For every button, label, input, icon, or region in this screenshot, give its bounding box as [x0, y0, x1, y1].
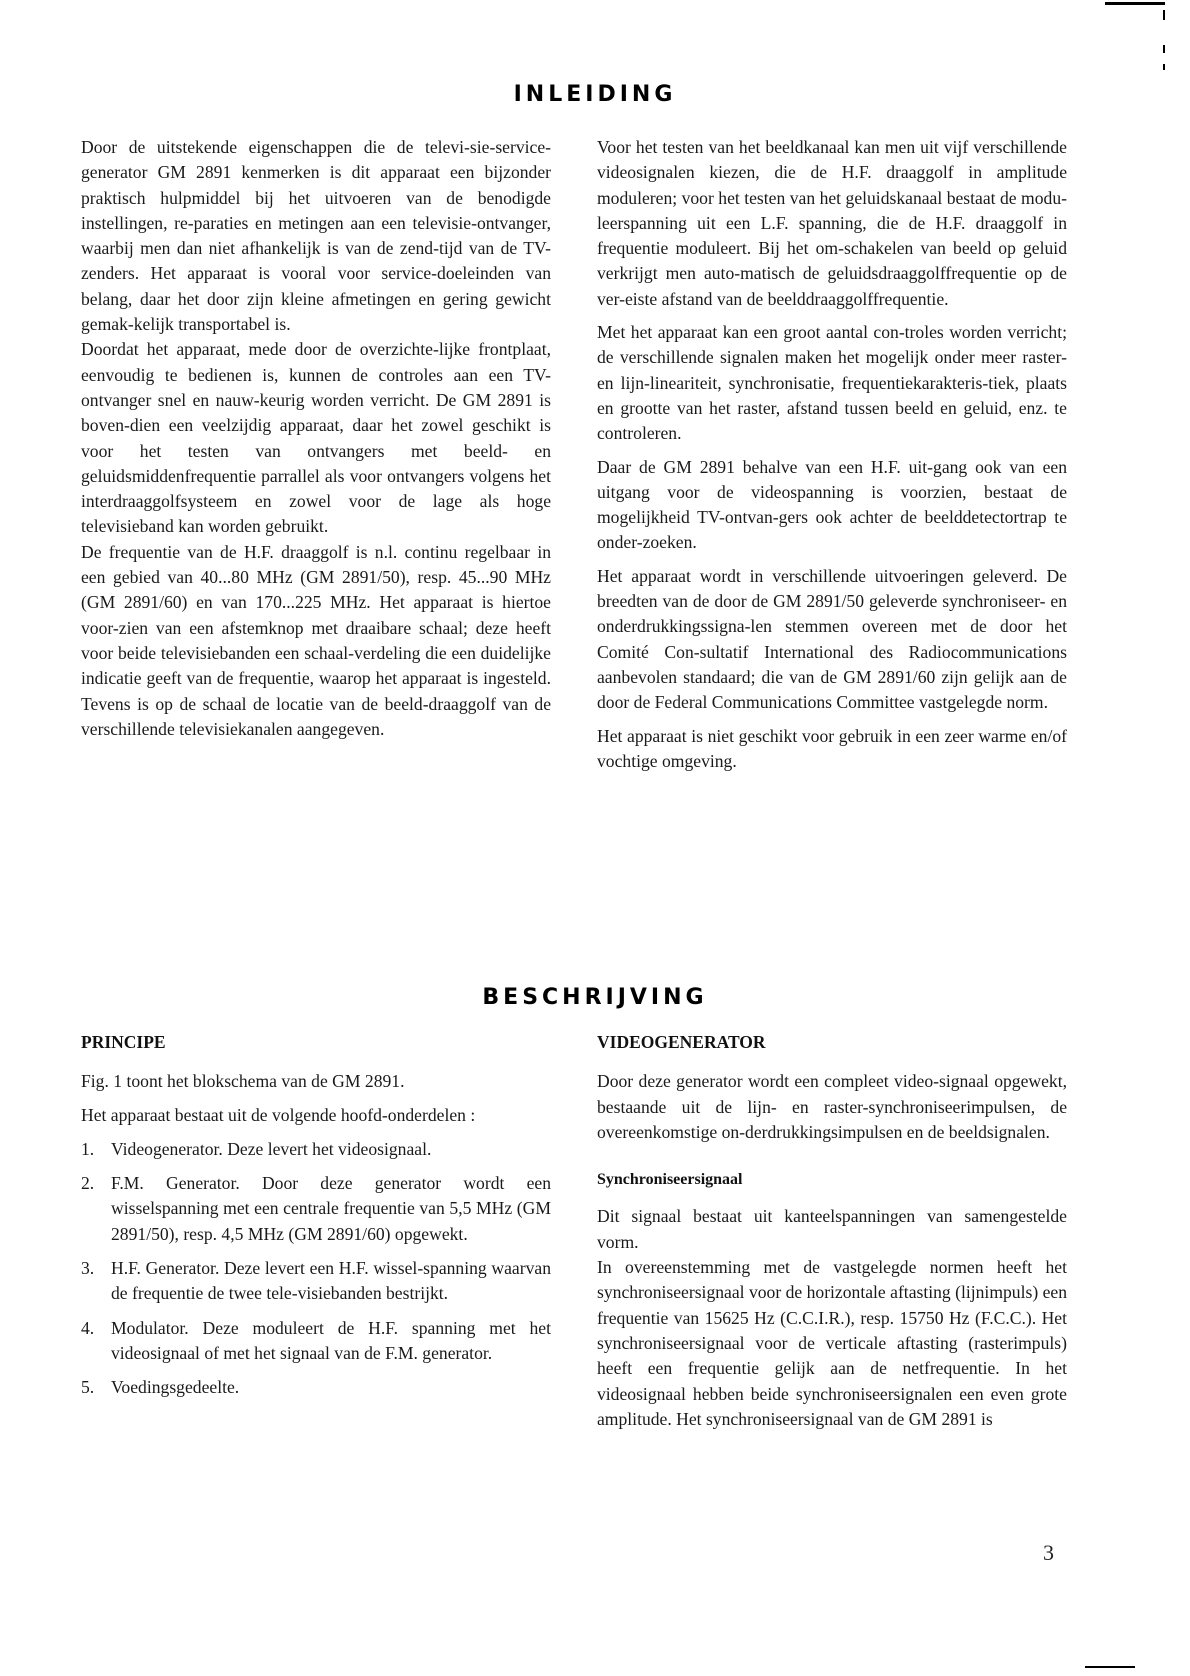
videogenerator-column: VIDEOGENERATOR Door deze generator wordt… — [597, 1030, 1067, 1432]
intro-paragraph: Met het apparaat kan een groot aantal co… — [597, 320, 1067, 446]
page-number: 3 — [1043, 1540, 1054, 1566]
list-text: Videogenerator. Deze levert het videosig… — [111, 1139, 431, 1159]
scan-mark-bottom-right — [1085, 1666, 1135, 1668]
intro-paragraph: Daar de GM 2891 behalve van een H.F. uit… — [597, 455, 1067, 556]
intro-paragraph: Het apparaat is niet geschikt voor gebru… — [597, 724, 1067, 775]
list-number: 1. — [81, 1137, 94, 1162]
list-item: 5. Voedingsgedeelte. — [81, 1375, 551, 1400]
intro-paragraph: Doordat het apparaat, mede door de overz… — [81, 337, 551, 539]
videogenerator-paragraph: Door deze generator wordt een compleet v… — [597, 1069, 1067, 1145]
scan-mark-right-edge — [1163, 45, 1165, 53]
sync-paragraph: In overeenstemming met de vastgelegde no… — [597, 1255, 1067, 1432]
intro-right-column: Voor het testen van het beeldkanaal kan … — [597, 135, 1067, 774]
section-title-inleiding: INLEIDING — [0, 82, 1190, 107]
list-item: 3. H.F. Generator. Deze levert een H.F. … — [81, 1256, 551, 1307]
scan-mark-right-edge — [1163, 10, 1165, 20]
heading-principe: PRINCIPE — [81, 1030, 551, 1055]
document-page: INLEIDING Door de uitstekende eigenschap… — [0, 0, 1190, 1676]
list-text: F.M. Generator. Door deze generator word… — [111, 1173, 551, 1244]
principle-intro: Fig. 1 toont het blokschema van de GM 28… — [81, 1069, 551, 1094]
intro-paragraph: Het apparaat wordt in verschillende uitv… — [597, 564, 1067, 716]
list-item: 2. F.M. Generator. Door deze generator w… — [81, 1171, 551, 1247]
list-item: 1. Videogenerator. Deze levert het video… — [81, 1137, 551, 1162]
intro-paragraph: Voor het testen van het beeldkanaal kan … — [597, 135, 1067, 312]
principle-intro: Het apparaat bestaat uit de volgende hoo… — [81, 1103, 551, 1128]
intro-paragraph: De frequentie van de H.F. draaggolf is n… — [81, 540, 551, 742]
list-number: 2. — [81, 1171, 94, 1196]
list-number: 4. — [81, 1316, 94, 1341]
list-number: 3. — [81, 1256, 94, 1281]
scan-mark-top-right — [1105, 2, 1165, 5]
heading-videogenerator: VIDEOGENERATOR — [597, 1030, 1067, 1055]
heading-synchroniseersignaal: Synchroniseersignaal — [597, 1167, 1067, 1192]
scan-mark-right-edge — [1163, 64, 1165, 70]
list-text: Voedingsgedeelte. — [111, 1377, 239, 1397]
list-item: 4. Modulator. Deze moduleert de H.F. spa… — [81, 1316, 551, 1367]
list-number: 5. — [81, 1375, 94, 1400]
intro-left-column: Door de uitstekende eigenschappen die de… — [81, 135, 551, 742]
intro-paragraph: Door de uitstekende eigenschappen die de… — [81, 135, 551, 337]
list-text: Modulator. Deze moduleert de H.F. spanni… — [111, 1318, 551, 1363]
section-title-beschrijving: BESCHRIJVING — [0, 985, 1190, 1010]
sync-paragraph: Dit signaal bestaat uit kanteelspanninge… — [597, 1204, 1067, 1255]
principle-column: PRINCIPE Fig. 1 toont het blokschema van… — [81, 1030, 551, 1401]
list-text: H.F. Generator. Deze levert een H.F. wis… — [111, 1258, 551, 1303]
parts-list: 1. Videogenerator. Deze levert het video… — [81, 1137, 551, 1401]
